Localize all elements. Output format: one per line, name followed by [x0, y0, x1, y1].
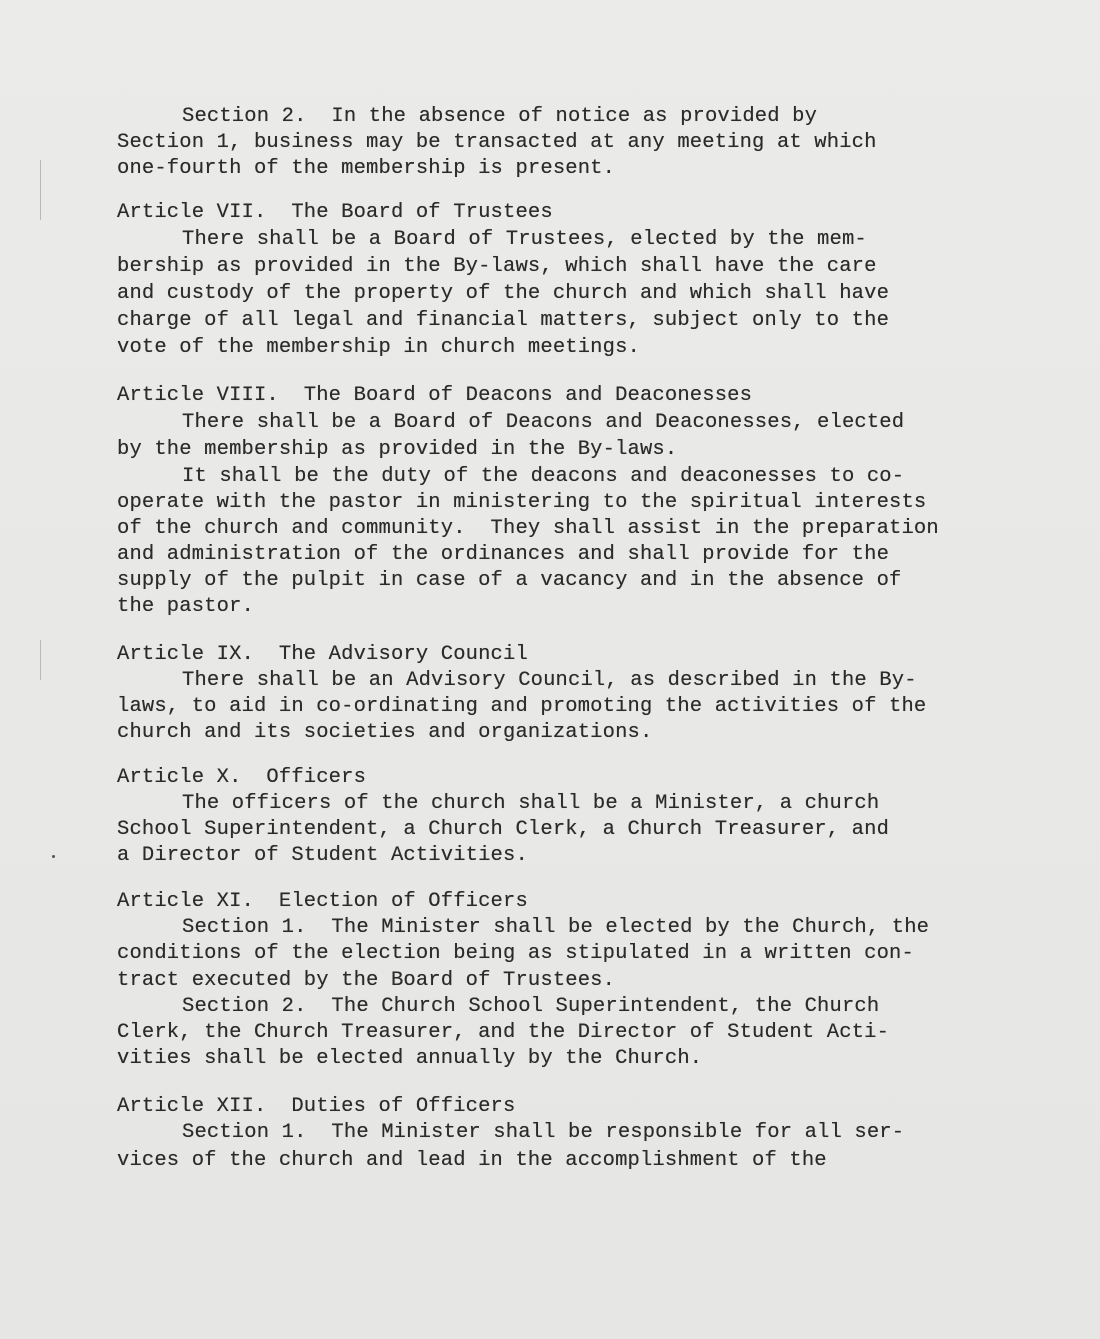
text-line: Section 1. The Minister shall be elected… [182, 915, 929, 941]
text-line: There shall be an Advisory Council, as d… [182, 668, 917, 694]
text-line: The officers of the church shall be a Mi… [182, 791, 879, 817]
article-heading: Article XII. Duties of Officers [117, 1094, 515, 1120]
text-line: There shall be a Board of Trustees, elec… [182, 227, 867, 253]
text-line: of the church and community. They shall … [117, 516, 939, 542]
text-line: Section 2. In the absence of notice as p… [182, 104, 817, 130]
text-line: a Director of Student Activities. [117, 843, 528, 869]
text-line: church and its societies and organizatio… [117, 720, 652, 746]
text-line: vices of the church and lead in the acco… [117, 1148, 827, 1174]
text-line: School Superintendent, a Church Clerk, a… [117, 817, 889, 843]
article-heading: Article VII. The Board of Trustees [117, 200, 553, 226]
text-line: bership as provided in the By-laws, whic… [117, 254, 877, 280]
text-line: and administration of the ordinances and… [117, 542, 889, 568]
text-line: operate with the pastor in ministering t… [117, 490, 926, 516]
text-line: tract executed by the Board of Trustees. [117, 968, 615, 994]
article-heading: Article IX. The Advisory Council [117, 642, 528, 668]
text-line: by the membership as provided in the By-… [117, 437, 677, 463]
paper-speck [52, 855, 55, 858]
text-line: one-fourth of the membership is present. [117, 156, 615, 182]
article-heading: Article XI. Election of Officers [117, 889, 528, 915]
text-line: charge of all legal and financial matter… [117, 308, 889, 334]
text-line: and custody of the property of the churc… [117, 281, 889, 307]
text-line: There shall be a Board of Deacons and De… [182, 410, 904, 436]
text-line: Clerk, the Church Treasurer, and the Dir… [117, 1020, 889, 1046]
typewritten-page: Section 2. In the absence of notice as p… [0, 0, 1100, 1339]
margin-mark [40, 160, 41, 220]
text-line: supply of the pulpit in case of a vacanc… [117, 568, 901, 594]
text-line: Section 1, business may be transacted at… [117, 130, 877, 156]
text-line: conditions of the election being as stip… [117, 941, 914, 967]
text-line: Section 2. The Church School Superintend… [182, 994, 879, 1020]
text-line: the pastor. [117, 594, 254, 620]
text-line: laws, to aid in co-ordinating and promot… [117, 694, 926, 720]
text-line: Section 1. The Minister shall be respons… [182, 1120, 904, 1146]
text-line: vities shall be elected annually by the … [117, 1046, 702, 1072]
article-heading: Article X. Officers [117, 765, 366, 791]
margin-mark [40, 640, 41, 680]
article-heading: Article VIII. The Board of Deacons and D… [117, 383, 752, 409]
text-line: It shall be the duty of the deacons and … [182, 464, 904, 490]
text-line: vote of the membership in church meeting… [117, 335, 640, 361]
